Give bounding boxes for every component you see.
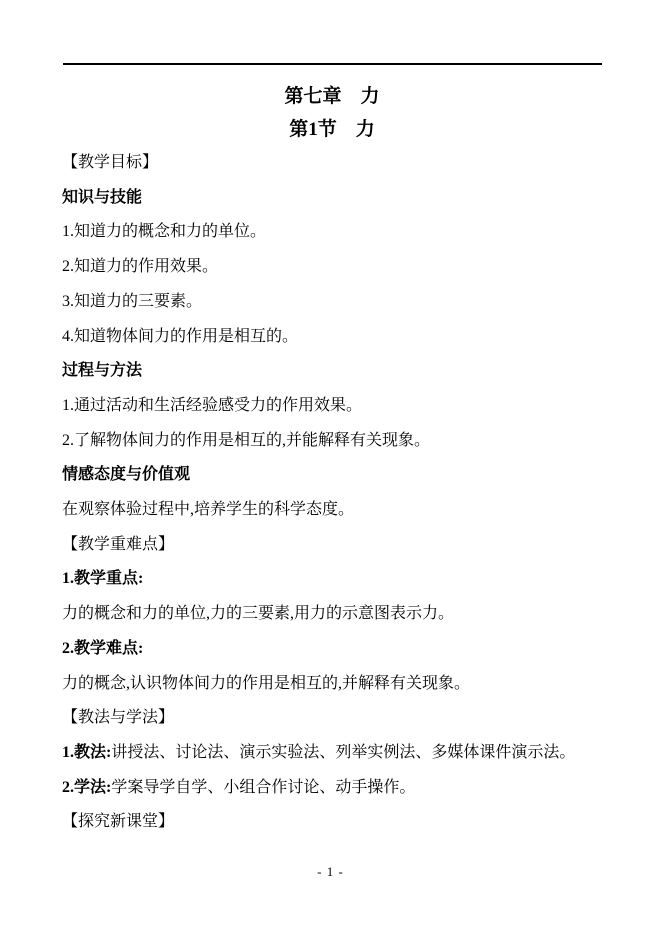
paragraph-text: 3.知道力的三要素。 [62, 293, 202, 310]
paragraph-text: 1.知道力的概念和力的单位。 [62, 223, 266, 240]
paragraph: 2.知道力的作用效果。 [62, 250, 602, 285]
paragraph: 2.学法:学案导学自学、小组合作讨论、动手操作。 [62, 771, 602, 806]
paragraph-text: 1.通过活动和生活经验感受力的作用效果。 [62, 397, 362, 414]
paragraph: 力的概念,认识物体间力的作用是相互的,并解释有关现象。 [62, 667, 602, 702]
paragraph: 【探究新课堂】 [62, 805, 602, 840]
header-rule [63, 63, 602, 65]
paragraph-text: 2.知道力的作用效果。 [62, 258, 218, 275]
paragraph-lead: 2.学法: [62, 779, 111, 796]
paragraph: 1.教学重点: [62, 562, 602, 597]
paragraph: 情感态度与价值观 [62, 458, 602, 493]
paragraph: 2.教学难点: [62, 632, 602, 667]
paragraph: 【教法与学法】 [62, 701, 602, 736]
paragraph: 【教学目标】 [62, 146, 602, 181]
paragraph: 过程与方法 [62, 354, 602, 389]
paragraph: 【教学重难点】 [62, 528, 602, 563]
paragraph: 2.了解物体间力的作用是相互的,并能解释有关现象。 [62, 424, 602, 459]
chapter-title: 第七章 力 [62, 80, 602, 113]
paragraph: 4.知道物体间力的作用是相互的。 [62, 320, 602, 355]
paragraph-text: 学案导学自学、小组合作讨论、动手操作。 [111, 779, 415, 796]
document-page: 第七章 力 第1节 力 【教学目标】 知识与技能 1.知道力的概念和力的单位。 … [0, 0, 661, 935]
paragraph-text: 讲授法、讨论法、演示实验法、列举实例法、多媒体课件演示法。 [111, 744, 575, 761]
paragraph-lead: 1.教法: [62, 744, 111, 761]
paragraph: 1.通过活动和生活经验感受力的作用效果。 [62, 389, 602, 424]
paragraph-lead: 情感态度与价值观 [62, 466, 190, 483]
paragraph-lead: 2.教学难点: [62, 640, 143, 657]
paragraph-text: 力的概念和力的单位,力的三要素,用力的示意图表示力。 [62, 605, 454, 622]
document-body: 第七章 力 第1节 力 【教学目标】 知识与技能 1.知道力的概念和力的单位。 … [62, 80, 602, 840]
paragraph-lead: 1.教学重点: [62, 570, 143, 587]
paragraph-lead: 知识与技能 [62, 189, 142, 206]
paragraph-text: 在观察体验过程中,培养学生的科学态度。 [62, 501, 354, 518]
paragraph-text: 【教法与学法】 [62, 709, 174, 726]
section-title: 第1节 力 [62, 113, 602, 146]
paragraph-text: 力的概念,认识物体间力的作用是相互的,并解释有关现象。 [62, 675, 470, 692]
paragraph-text: 4.知道物体间力的作用是相互的。 [62, 328, 298, 345]
paragraph-text: 【教学重难点】 [62, 536, 174, 553]
paragraph: 1.知道力的概念和力的单位。 [62, 215, 602, 250]
page-number: - 1 - [0, 864, 661, 880]
paragraph: 力的概念和力的单位,力的三要素,用力的示意图表示力。 [62, 597, 602, 632]
paragraph: 1.教法:讲授法、讨论法、演示实验法、列举实例法、多媒体课件演示法。 [62, 736, 602, 771]
paragraph-text: 【探究新课堂】 [62, 813, 174, 830]
paragraph: 3.知道力的三要素。 [62, 285, 602, 320]
paragraph-text: 2.了解物体间力的作用是相互的,并能解释有关现象。 [62, 432, 430, 449]
paragraph-text: 【教学目标】 [62, 154, 158, 171]
paragraph: 在观察体验过程中,培养学生的科学态度。 [62, 493, 602, 528]
paragraph: 知识与技能 [62, 181, 602, 216]
paragraph-lead: 过程与方法 [62, 362, 142, 379]
